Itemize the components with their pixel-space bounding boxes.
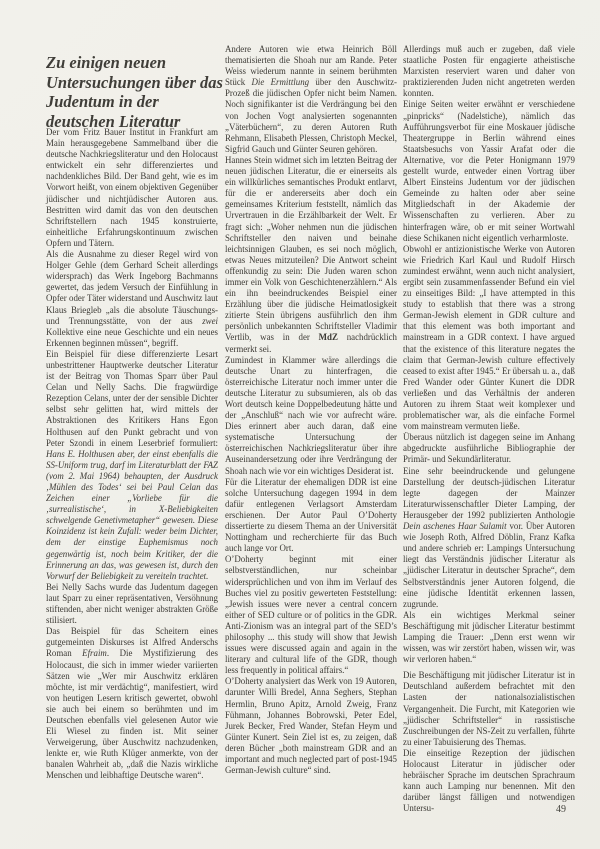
paragraph: Ein Beispiel für diese differenzierte Le… (46, 349, 218, 582)
text-run: Efraim (82, 648, 107, 658)
text-run: . Die Mystifizierung des Holocaust, die … (46, 648, 218, 780)
text-run: MdZ (319, 332, 338, 342)
paragraph: Zumindest in Klammer wäre allerdings die… (225, 355, 397, 477)
text-run: Zumindest in Klammer wäre allerdings die… (225, 355, 397, 476)
scanned-journal-page: Zu einigen neuen Untersuchungen über das… (0, 0, 600, 849)
paragraph: Bei Nelly Sachs wurde das Judentum dageg… (46, 582, 218, 626)
text-run: Die Beschäftigung mit jüdischer Literatu… (403, 670, 575, 747)
paragraph: Als die Ausnahme zu dieser Regel wird vo… (46, 249, 218, 349)
text-run: Die einseitige Rezeption der jüdischen H… (403, 748, 575, 813)
text-run: Hans E. Holthusen aber, der einst ebenfa… (46, 449, 218, 581)
text-run: Dein aschenes Haar Sulamit (403, 521, 507, 531)
text-column-3: Allerdings muß auch er zugeben, daß viel… (403, 44, 575, 814)
paragraph: Obwohl er antizionistische Werke von Aut… (403, 244, 575, 433)
text-run: O’Doherty analysiert das Werk von 19 Aut… (225, 676, 397, 775)
paragraph: Als ein wichtiges Merkmal seiner Beschäf… (403, 610, 575, 665)
text-run: Überaus nützlich ist dagegen seine im An… (403, 432, 575, 464)
paragraph: Überaus nützlich ist dagegen seine im An… (403, 432, 575, 465)
paragraph: Das Beispiel für das Scheitern eines gut… (46, 626, 218, 781)
text-run: über den Auschwitz-Prozeß die jüdischen … (225, 77, 397, 154)
paragraph: Allerdings muß auch er zugeben, daß viel… (403, 44, 575, 99)
text-run: O’Doherty beginnt mit einer selbstverstä… (225, 554, 397, 675)
text-run: Bei Nelly Sachs wurde das Judentum dageg… (46, 582, 218, 625)
text-run: Für die Literatur der ehemaligen DDR ist… (225, 477, 397, 554)
text-run: Der vom Fritz Bauer Institut in Frankfur… (46, 127, 218, 248)
paragraph: Der vom Fritz Bauer Institut in Frankfur… (46, 127, 218, 249)
text-run: zwei (202, 316, 218, 326)
text-column-2: Andere Autoren wie etwa Heinrich Böll th… (225, 44, 397, 776)
paragraph: O’Doherty analysiert das Werk von 19 Aut… (225, 676, 397, 776)
paragraph: Die einseitige Rezeption der jüdischen H… (403, 748, 575, 815)
paragraph: Hannes Stein widmet sich im letzten Beit… (225, 155, 397, 355)
text-run: Eine sehr beeindruckende und gelungene D… (403, 466, 575, 520)
paragraph: Die Beschäftigung mit jüdischer Literatu… (403, 670, 575, 748)
paragraph: Einige Seiten weiter erwähnt er verschie… (403, 99, 575, 243)
text-run: Ein Beispiel für diese differenzierte Le… (46, 349, 218, 448)
text-run: Hannes Stein widmet sich im letzten Beit… (225, 155, 397, 343)
text-run: Allerdings muß auch er zugeben, daß viel… (403, 44, 575, 98)
paragraph: Eine sehr beeindruckende und gelungene D… (403, 466, 575, 610)
text-run: Kollektive eine neue Geschichte und ein … (46, 327, 218, 348)
text-run: Als die Ausnahme zu dieser Regel wird vo… (46, 249, 218, 326)
page-number: 49 (556, 804, 566, 815)
text-run: Obwohl er antizionistische Werke von Aut… (403, 244, 575, 432)
text-run: Die Ermittlung (252, 77, 310, 87)
paragraph: O’Doherty beginnt mit einer selbstverstä… (225, 554, 397, 676)
paragraph: Andere Autoren wie etwa Heinrich Böll th… (225, 44, 397, 155)
text-column-1: Der vom Fritz Bauer Institut in Frankfur… (46, 127, 218, 782)
text-run: Als ein wichtiges Merkmal seiner Beschäf… (403, 610, 575, 664)
text-run: Einige Seiten weiter erwähnt er verschie… (403, 99, 575, 242)
text-run: vor. Über Autoren wie Joseph Roth, Alfre… (403, 521, 575, 609)
paragraph: Für die Literatur der ehemaligen DDR ist… (225, 477, 397, 555)
page-title: Zu einigen neuen Untersuchungen über das… (46, 53, 230, 131)
